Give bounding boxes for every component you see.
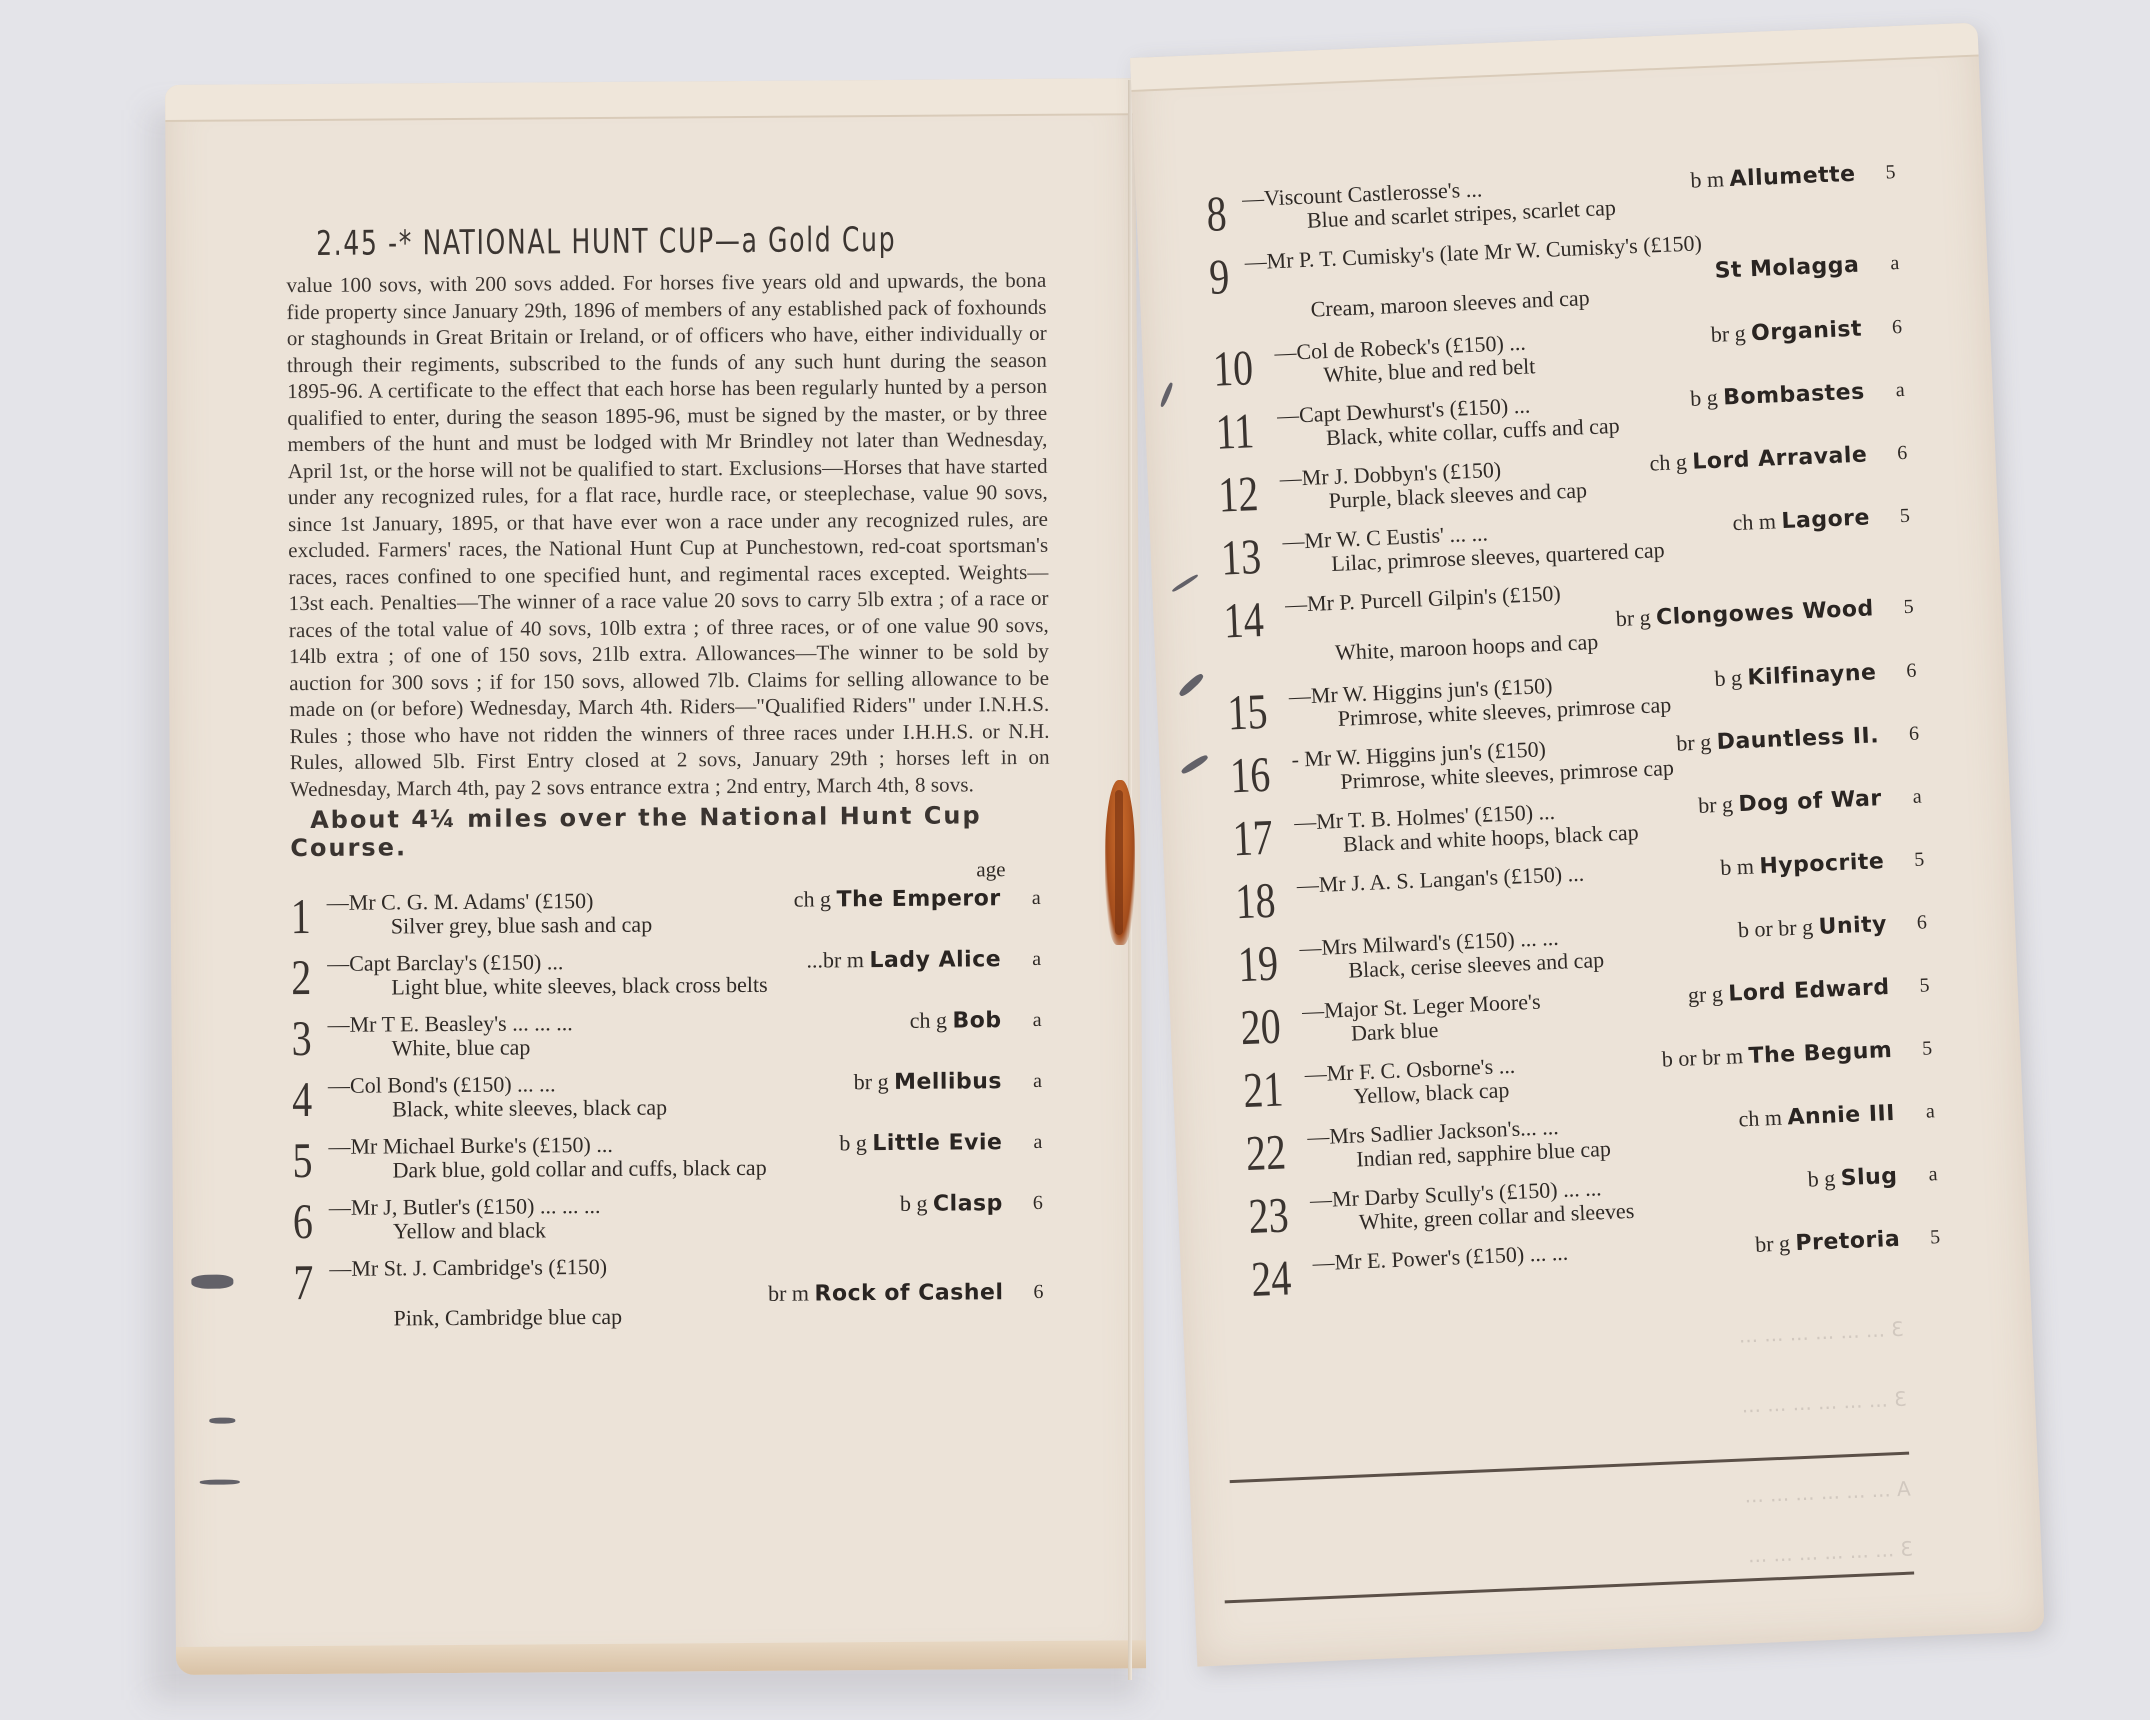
horse-age: 6 <box>1033 1191 1043 1215</box>
horse-age: 5 <box>1885 160 1896 184</box>
entry-number: 17 <box>1232 812 1274 864</box>
pencil-mark-4 <box>191 1275 233 1289</box>
horse-info: ch m Lagore <box>1732 505 1870 536</box>
entry-number: 6 <box>293 1196 313 1246</box>
entry-number: 12 <box>1217 468 1259 520</box>
entry-number: 1 <box>291 891 311 941</box>
horse-breed: b or br m <box>1661 1043 1749 1072</box>
horse-info: br g Dog of War <box>1698 786 1883 819</box>
entry-number: 13 <box>1220 531 1262 583</box>
horse-age: 6 <box>1897 441 1908 465</box>
horse-age: 5 <box>1903 595 1914 619</box>
horse-name: The Begum <box>1748 1038 1893 1069</box>
owner-name: —Mr C. G. M. Adams' (£150) <box>327 889 594 915</box>
horse-name: Organist <box>1751 317 1863 347</box>
horse-name: Dauntless II. <box>1716 723 1879 755</box>
entry-number: 19 <box>1237 938 1279 990</box>
entry-number: 22 <box>1245 1126 1287 1178</box>
horse-info: b g Slug <box>1807 1164 1898 1193</box>
horse-name: Mellibus <box>894 1069 1002 1095</box>
owner-name: —Mr J, Butler's (£150) ... ... ... <box>329 1194 601 1220</box>
horse-info: br g Dauntless II. <box>1676 723 1880 756</box>
show-through-text: A ... ... ... ... ... ... <box>1271 1477 1911 1528</box>
entry-number: 11 <box>1215 405 1256 457</box>
racing-colours: White, maroon hoops and cap <box>1335 630 1599 665</box>
horse-age: 6 <box>1033 1280 1043 1304</box>
race-entry: 2 —Capt Barclay's (£150) ... ...br m Lad… <box>291 943 1051 1009</box>
owner-name: —Mr T E. Beasley's ... ... ... <box>327 1011 572 1037</box>
racing-colours: Dark blue <box>1351 1018 1439 1046</box>
horse-breed: ch m <box>1732 508 1782 535</box>
pencil-mark-7 <box>200 1480 240 1485</box>
race-entry: 6 —Mr J, Butler's (£150) ... ... ... b g… <box>293 1187 1053 1253</box>
entry-number: 9 <box>1208 251 1230 302</box>
horse-age: 6 <box>1906 659 1917 683</box>
horse-age: a <box>1928 1162 1938 1186</box>
horse-info: ch m Annie III <box>1738 1101 1895 1133</box>
horse-breed: b m <box>1720 853 1760 880</box>
horse-info: b or br g Unity <box>1737 912 1887 943</box>
owner-name: —Mr E. Power's (£150) ... ... <box>1312 1241 1568 1276</box>
horse-name: Pretoria <box>1795 1227 1901 1256</box>
horse-age: 6 <box>1908 722 1919 746</box>
horse-breed: br g <box>1710 320 1751 347</box>
horse-info: ch g Bob <box>910 1008 1002 1034</box>
horse-breed: ch m <box>1738 1104 1788 1131</box>
horse-breed: b g <box>839 1130 872 1155</box>
racing-colours: Yellow, black cap <box>1353 1078 1510 1109</box>
horse-name: Bob <box>952 1008 1001 1033</box>
pencil-mark-6 <box>209 1418 235 1424</box>
racing-colours: White, blue cap <box>392 1035 531 1060</box>
horse-name: Kilfinayne <box>1747 660 1877 690</box>
horse-name: Lord Edward <box>1728 975 1890 1007</box>
horse-name: St Molagga <box>1714 253 1860 284</box>
horse-name: Little Evie <box>872 1130 1002 1156</box>
horse-age: a <box>1925 1099 1935 1123</box>
race-entry: 3 —Mr T E. Beasley's ... ... ... ch g Bo… <box>291 1004 1051 1070</box>
horse-name: Slug <box>1840 1164 1898 1191</box>
horse-breed: b g <box>1807 1165 1841 1191</box>
horse-info: br g Mellibus <box>854 1069 1002 1095</box>
owner-name: —Mr P. Purcell Gilpin's (£150) <box>1285 581 1562 617</box>
pencil-mark-15 <box>1180 753 1209 775</box>
racing-colours: Pink, Cambridge blue cap <box>394 1305 623 1331</box>
entry-number: 24 <box>1250 1252 1292 1304</box>
horse-info: br g Clongowes Wood <box>1615 596 1874 632</box>
pencil-mark-14 <box>1178 672 1206 698</box>
horse-breed: ...br m <box>806 947 869 972</box>
race-entry: 7 —Mr St. J. Cambridge's (£150) br m Roc… <box>293 1248 1054 1338</box>
horse-info: St Molagga <box>1714 253 1860 284</box>
horse-breed: b g <box>1690 384 1724 410</box>
entry-line: —Mr T E. Beasley's ... ... ... ch g Bob … <box>327 1008 1051 1037</box>
horse-name: Allumette <box>1729 162 1856 192</box>
horse-breed: b or br g <box>1737 914 1819 942</box>
horse-age: a <box>1032 947 1041 971</box>
horse-breed: b g <box>1714 665 1748 691</box>
racing-colours: Yellow and black <box>393 1218 546 1243</box>
horse-age: 5 <box>1899 504 1910 528</box>
horse-breed: br m <box>768 1280 815 1305</box>
entry-number: 5 <box>292 1135 312 1185</box>
horse-info: br m Rock of Cashel <box>768 1280 1004 1307</box>
top-fold-edge <box>165 78 1135 122</box>
racing-colours: Cream, maroon sleeves and cap <box>1310 286 1590 322</box>
horse-age: a <box>1033 1130 1042 1154</box>
horse-name: Lord Arravale <box>1692 442 1868 474</box>
horse-name: Annie III <box>1787 1101 1895 1130</box>
horse-age: a <box>1033 1069 1042 1093</box>
horse-info: b g Bombastes <box>1690 380 1865 412</box>
entry-line: —Mr C. G. M. Adams' (£150) ch g The Empe… <box>327 886 1051 915</box>
horse-name: Hypocrite <box>1759 849 1885 879</box>
owner-name: —Mr J. A. S. Langan's (£150) ... <box>1296 862 1584 898</box>
horse-breed: ch g <box>1649 449 1693 476</box>
horse-age: a <box>1912 785 1922 809</box>
show-through-text: 3 ... ... ... ... ... ... <box>1273 1537 1913 1588</box>
horse-age: 5 <box>1914 847 1925 871</box>
entry-list-right-section: 8 —Viscount Castlerosse's ... b m Allume… <box>1205 156 1952 1313</box>
owner-name: —Mr Michael Burke's (£150) ... <box>328 1133 613 1159</box>
horse-age: 6 <box>1916 910 1927 934</box>
horse-info: ...br m Lady Alice <box>806 947 1001 973</box>
horse-breed: br g <box>1676 729 1717 756</box>
race-entry: 1 —Mr C. G. M. Adams' (£150) ch g The Em… <box>291 882 1051 948</box>
entry-number: 8 <box>1206 188 1228 239</box>
horse-info: br g Pretoria <box>1755 1227 1901 1258</box>
horse-info: b m Hypocrite <box>1720 849 1885 881</box>
left-page: 2.45 -* NATIONAL HUNT CUP—a Gold Cup val… <box>165 78 1146 1675</box>
racing-colours: Light blue, white sleeves, black cross b… <box>391 973 768 1000</box>
entry-number: 3 <box>291 1013 311 1063</box>
entry-number: 15 <box>1226 686 1268 738</box>
horse-age: 6 <box>1891 315 1902 339</box>
entry-line: —Col Bond's (£150) ... ... br g Mellibus… <box>328 1069 1052 1098</box>
horse-name: Dog of War <box>1738 786 1882 817</box>
horse-info: b m Allumette <box>1690 162 1856 194</box>
show-through-text: 3 ... ... ... ... ... ... <box>1264 1317 1904 1368</box>
entry-number: 4 <box>292 1074 312 1124</box>
pencil-mark-9 <box>1159 382 1174 408</box>
entry-line: —Mr St. J. Cambridge's (£150) br m Rock … <box>329 1252 1053 1281</box>
horse-age: 5 <box>1919 973 1930 997</box>
horse-info: b or br m The Begum <box>1661 1038 1892 1073</box>
entry-number: 14 <box>1223 594 1265 646</box>
horse-breed: b m <box>1690 166 1730 193</box>
race-distance: About 4¼ miles over the National Hunt Cu… <box>290 801 1050 862</box>
entry-number: 10 <box>1212 342 1254 394</box>
right-page: 8 —Viscount Castlerosse's ... b m Allume… <box>1130 22 2045 1666</box>
owner-name: —Mr St. J. Cambridge's (£150) <box>329 1255 607 1281</box>
race-entry: 5 —Mr Michael Burke's (£150) ... b g Lit… <box>292 1126 1052 1192</box>
show-through-text: 3 ... ... ... ... ... ... <box>1267 1387 1907 1438</box>
horse-breed: br g <box>1698 791 1739 818</box>
entry-number: 7 <box>293 1257 313 1307</box>
entry-number: 20 <box>1240 1001 1282 1053</box>
horse-age: a <box>1890 251 1900 275</box>
horse-info: b g Kilfinayne <box>1714 660 1877 692</box>
horse-name: Lady Alice <box>869 947 1001 973</box>
horse-breed: gr g <box>1687 981 1728 1008</box>
horse-name: The Emperor <box>836 886 1000 912</box>
horse-info: gr g Lord Edward <box>1687 975 1890 1008</box>
racing-colours: Black, white sleeves, black cap <box>392 1096 667 1122</box>
horse-info: ch g The Emperor <box>794 886 1001 912</box>
horse-info: b g Little Evie <box>839 1130 1002 1156</box>
horse-name: Bombastes <box>1723 380 1865 411</box>
horse-breed: br g <box>854 1069 895 1094</box>
racing-colours: Dark blue, gold collar and cuffs, black … <box>392 1156 766 1183</box>
horse-name: Lagore <box>1781 505 1870 534</box>
race-title: 2.45 -* NATIONAL HUNT CUP—a Gold Cup <box>316 220 915 264</box>
pencil-mark-12 <box>1171 573 1198 592</box>
race-entry: 4 —Col Bond's (£150) ... ... br g Mellib… <box>292 1065 1052 1131</box>
horse-name: Unity <box>1818 912 1887 940</box>
rusted-staple <box>1115 790 1123 935</box>
race-conditions: value 100 sovs, with 200 sovs added. For… <box>286 267 1050 802</box>
top-fold-edge <box>1130 22 1979 91</box>
horse-breed: br g <box>1615 604 1656 631</box>
racing-colours: Silver grey, blue sash and cap <box>391 913 652 939</box>
entry-number: 16 <box>1229 749 1271 801</box>
entry-line: —Mr J, Butler's (£150) ... ... ... b g C… <box>329 1191 1053 1220</box>
entry-list-right: 8 —Viscount Castlerosse's ... b m Allume… <box>1205 156 1952 1313</box>
entry-list-left: 1 —Mr C. G. M. Adams' (£150) ch g The Em… <box>291 882 1054 1338</box>
horse-age: 5 <box>1922 1036 1933 1060</box>
entry-number: 23 <box>1248 1189 1290 1241</box>
horse-name: Rock of Cashel <box>814 1280 1003 1306</box>
horse-age: a <box>1895 378 1905 402</box>
horse-info: b g Clasp <box>900 1191 1003 1217</box>
horse-breed: ch g <box>910 1008 953 1033</box>
horse-age: a <box>1032 886 1041 910</box>
horse-breed: ch g <box>794 886 837 911</box>
horse-breed: br g <box>1755 1230 1796 1257</box>
horse-name: Clongowes Wood <box>1656 596 1875 630</box>
horse-breed: b g <box>900 1191 933 1216</box>
horse-name: Clasp <box>933 1191 1003 1216</box>
divider-rule <box>1230 1452 1910 1483</box>
owner-name: —Col Bond's (£150) ... ... <box>328 1072 556 1098</box>
owner-name: —Capt Barclay's (£150) ... <box>327 950 563 976</box>
horse-age: 5 <box>1930 1225 1941 1249</box>
race-section: 2.45 -* NATIONAL HUNT CUP—a Gold Cup val… <box>286 219 1054 1338</box>
entry-number: 21 <box>1242 1064 1284 1116</box>
distance-line-1: About 4¼ miles over the National Hunt Cu… <box>290 801 1050 834</box>
horse-info: br g Organist <box>1710 317 1862 348</box>
entry-number: 2 <box>291 952 311 1002</box>
horse-age: a <box>1033 1008 1042 1032</box>
entry-number: 18 <box>1234 875 1276 927</box>
horse-info: ch g Lord Arravale <box>1649 442 1868 476</box>
